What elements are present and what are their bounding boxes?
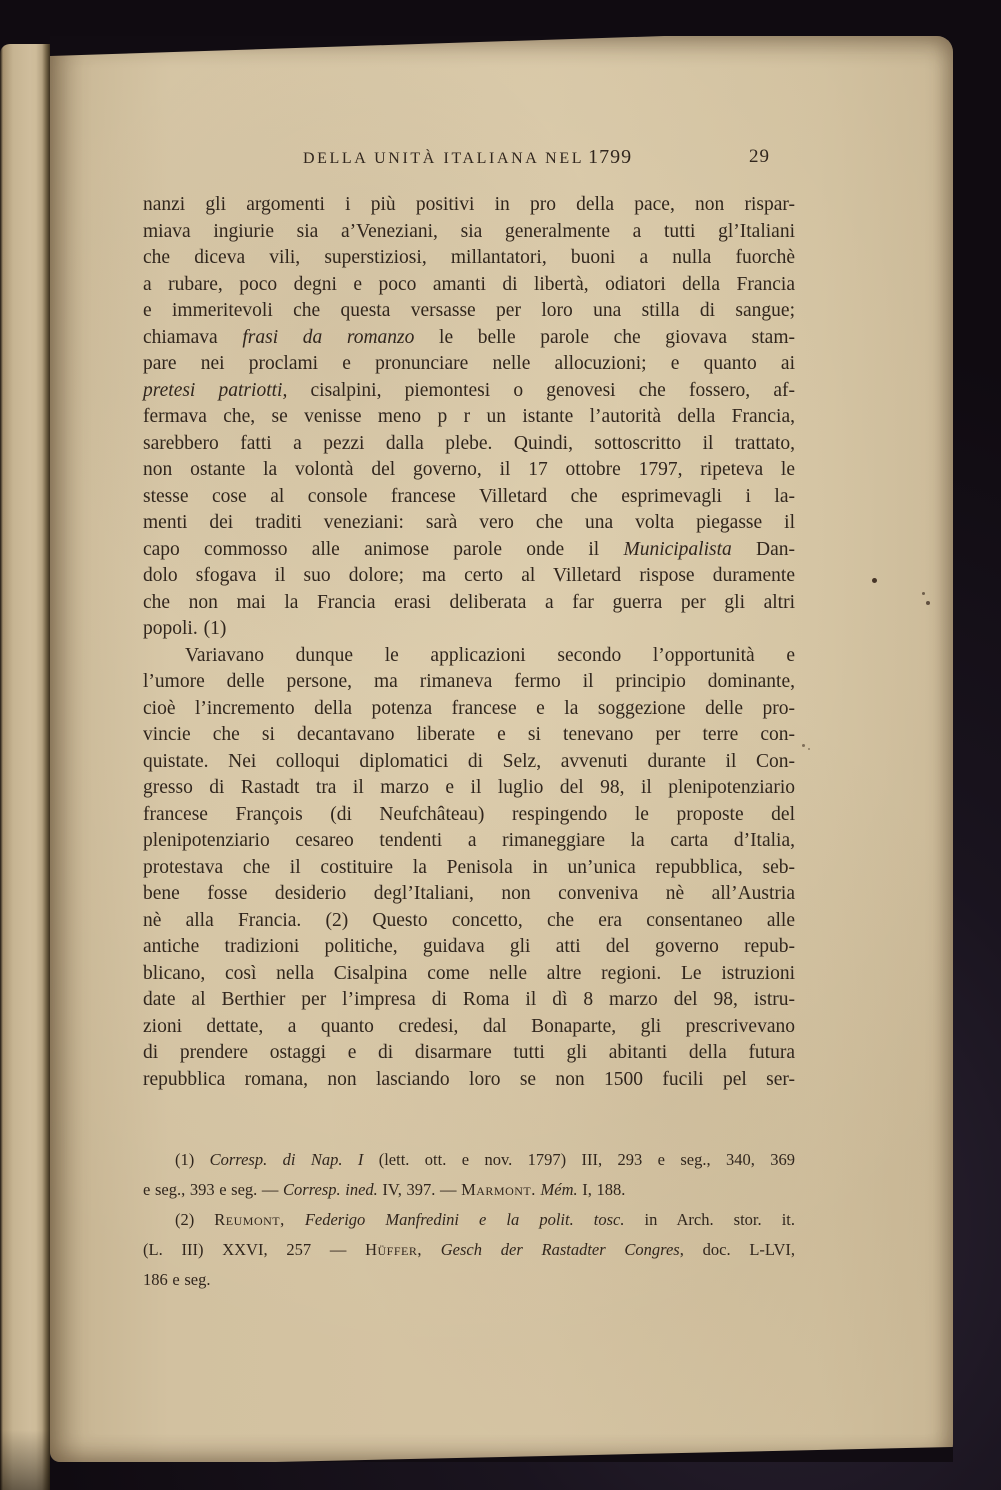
- text-line: e seg., 393 e seg. — Corresp. ined. IV, …: [143, 1175, 795, 1205]
- text-line: nè alla Francia. (2) Questo concetto, ch…: [143, 908, 795, 935]
- text-line: blicano, così nella Cisalpina come nelle…: [143, 961, 795, 988]
- text-line: che non mai la Francia erasi deliberata …: [143, 590, 795, 617]
- text-line: di prendere ostaggi e di disarmare tutti…: [143, 1040, 795, 1067]
- text-line: l’umore delle persone, ma rimaneva fermo…: [143, 669, 795, 696]
- text-line: che diceva vili, superstiziosi, millanta…: [143, 245, 795, 272]
- text-line: (1) Corresp. di Nap. I (lett. ott. e nov…: [143, 1145, 795, 1175]
- paper-speck: [808, 748, 810, 750]
- text-line: dolo sfogava il suo dolore; ma certo al …: [143, 563, 795, 590]
- text-line: 186 e seg.: [143, 1265, 795, 1295]
- header-title-text: DELLA UNITÀ ITALIANA NEL: [303, 150, 584, 167]
- page-top-edge-shadow: [50, 36, 664, 56]
- book-photo: DELLA UNITÀ ITALIANA NEL1799 29 nanzi gl…: [0, 0, 1001, 1490]
- text-line: zioni dettate, a quanto credesi, dal Bon…: [143, 1014, 795, 1041]
- text-line: quistate. Nei colloqui diplomatici di Se…: [143, 749, 795, 776]
- text-line: vincie che si decantavano liberate e si …: [143, 722, 795, 749]
- text-line: capo commosso alle animose parole onde i…: [143, 537, 795, 564]
- footnotes: (1) Corresp. di Nap. I (lett. ott. e nov…: [143, 1145, 795, 1295]
- text-line: (2) Reumont, Federigo Manfredini e la po…: [143, 1205, 795, 1235]
- paper-speck: [802, 744, 805, 747]
- text-line: date al Berthier per l’impresa di Roma i…: [143, 987, 795, 1014]
- text-line: gresso di Rastadt tra il marzo e il lugl…: [143, 775, 795, 802]
- text-line: e immeritevoli che questa versasse per l…: [143, 298, 795, 325]
- page-title: DELLA UNITÀ ITALIANA NEL1799: [303, 146, 632, 169]
- text-line: Variavano dunque le applicazioni secondo…: [143, 643, 795, 670]
- text-line: cioè l’incremento della potenza francese…: [143, 696, 795, 723]
- text-line: sarebbero fatti a pezzi dalla plebe. Qui…: [143, 431, 795, 458]
- text-line: nanzi gli argomenti i più positivi in pr…: [143, 192, 795, 219]
- book-page: DELLA UNITÀ ITALIANA NEL1799 29 nanzi gl…: [50, 36, 953, 1462]
- text-line: plenipotenziario cesareo tendenti a rima…: [143, 828, 795, 855]
- text-line: repubblica romana, non lasciando loro se…: [143, 1067, 795, 1094]
- paper-speck: [872, 578, 877, 583]
- body-text: nanzi gli argomenti i più positivi in pr…: [143, 192, 795, 1093]
- text-line: non ostante la volontà del governo, il 1…: [143, 457, 795, 484]
- text-line: antiche tradizioni politiche, guidava gl…: [143, 934, 795, 961]
- page-bottom-edge-shadow: [276, 1447, 953, 1462]
- text-line: pretesi patriotti, cisalpini, piemontesi…: [143, 378, 795, 405]
- text-line: chiamava frasi da romanzo le belle parol…: [143, 325, 795, 352]
- text-line: protestava che il costituire la Penisola…: [143, 855, 795, 882]
- text-line: a rubare, poco degni e poco amanti di li…: [143, 272, 795, 299]
- header-year: 1799: [588, 146, 632, 168]
- text-line: fermava che, se venisse meno p r un ista…: [143, 404, 795, 431]
- page-number: 29: [749, 146, 770, 168]
- text-line: miava ingiurie sia a’Veneziani, sia gene…: [143, 219, 795, 246]
- text-line: francese François (di Neufchâteau) respi…: [143, 802, 795, 829]
- text-line: stesse cose al console francese Villetar…: [143, 484, 795, 511]
- text-line: popoli. (1): [143, 616, 795, 643]
- text-line: menti dei traditi veneziani: sarà vero c…: [143, 510, 795, 537]
- text-line: bene fosse desiderio degl’Italiani, non …: [143, 881, 795, 908]
- text-line: (L. III) XXVI, 257 — Hüffer, Gesch der R…: [143, 1235, 795, 1265]
- paper-speck: [922, 592, 925, 595]
- text-line: pare nei proclami e pronunciare nelle al…: [143, 351, 795, 378]
- left-page-edges: [0, 44, 50, 1490]
- running-header: DELLA UNITÀ ITALIANA NEL1799 29: [143, 146, 795, 172]
- paper-speck: [926, 601, 930, 605]
